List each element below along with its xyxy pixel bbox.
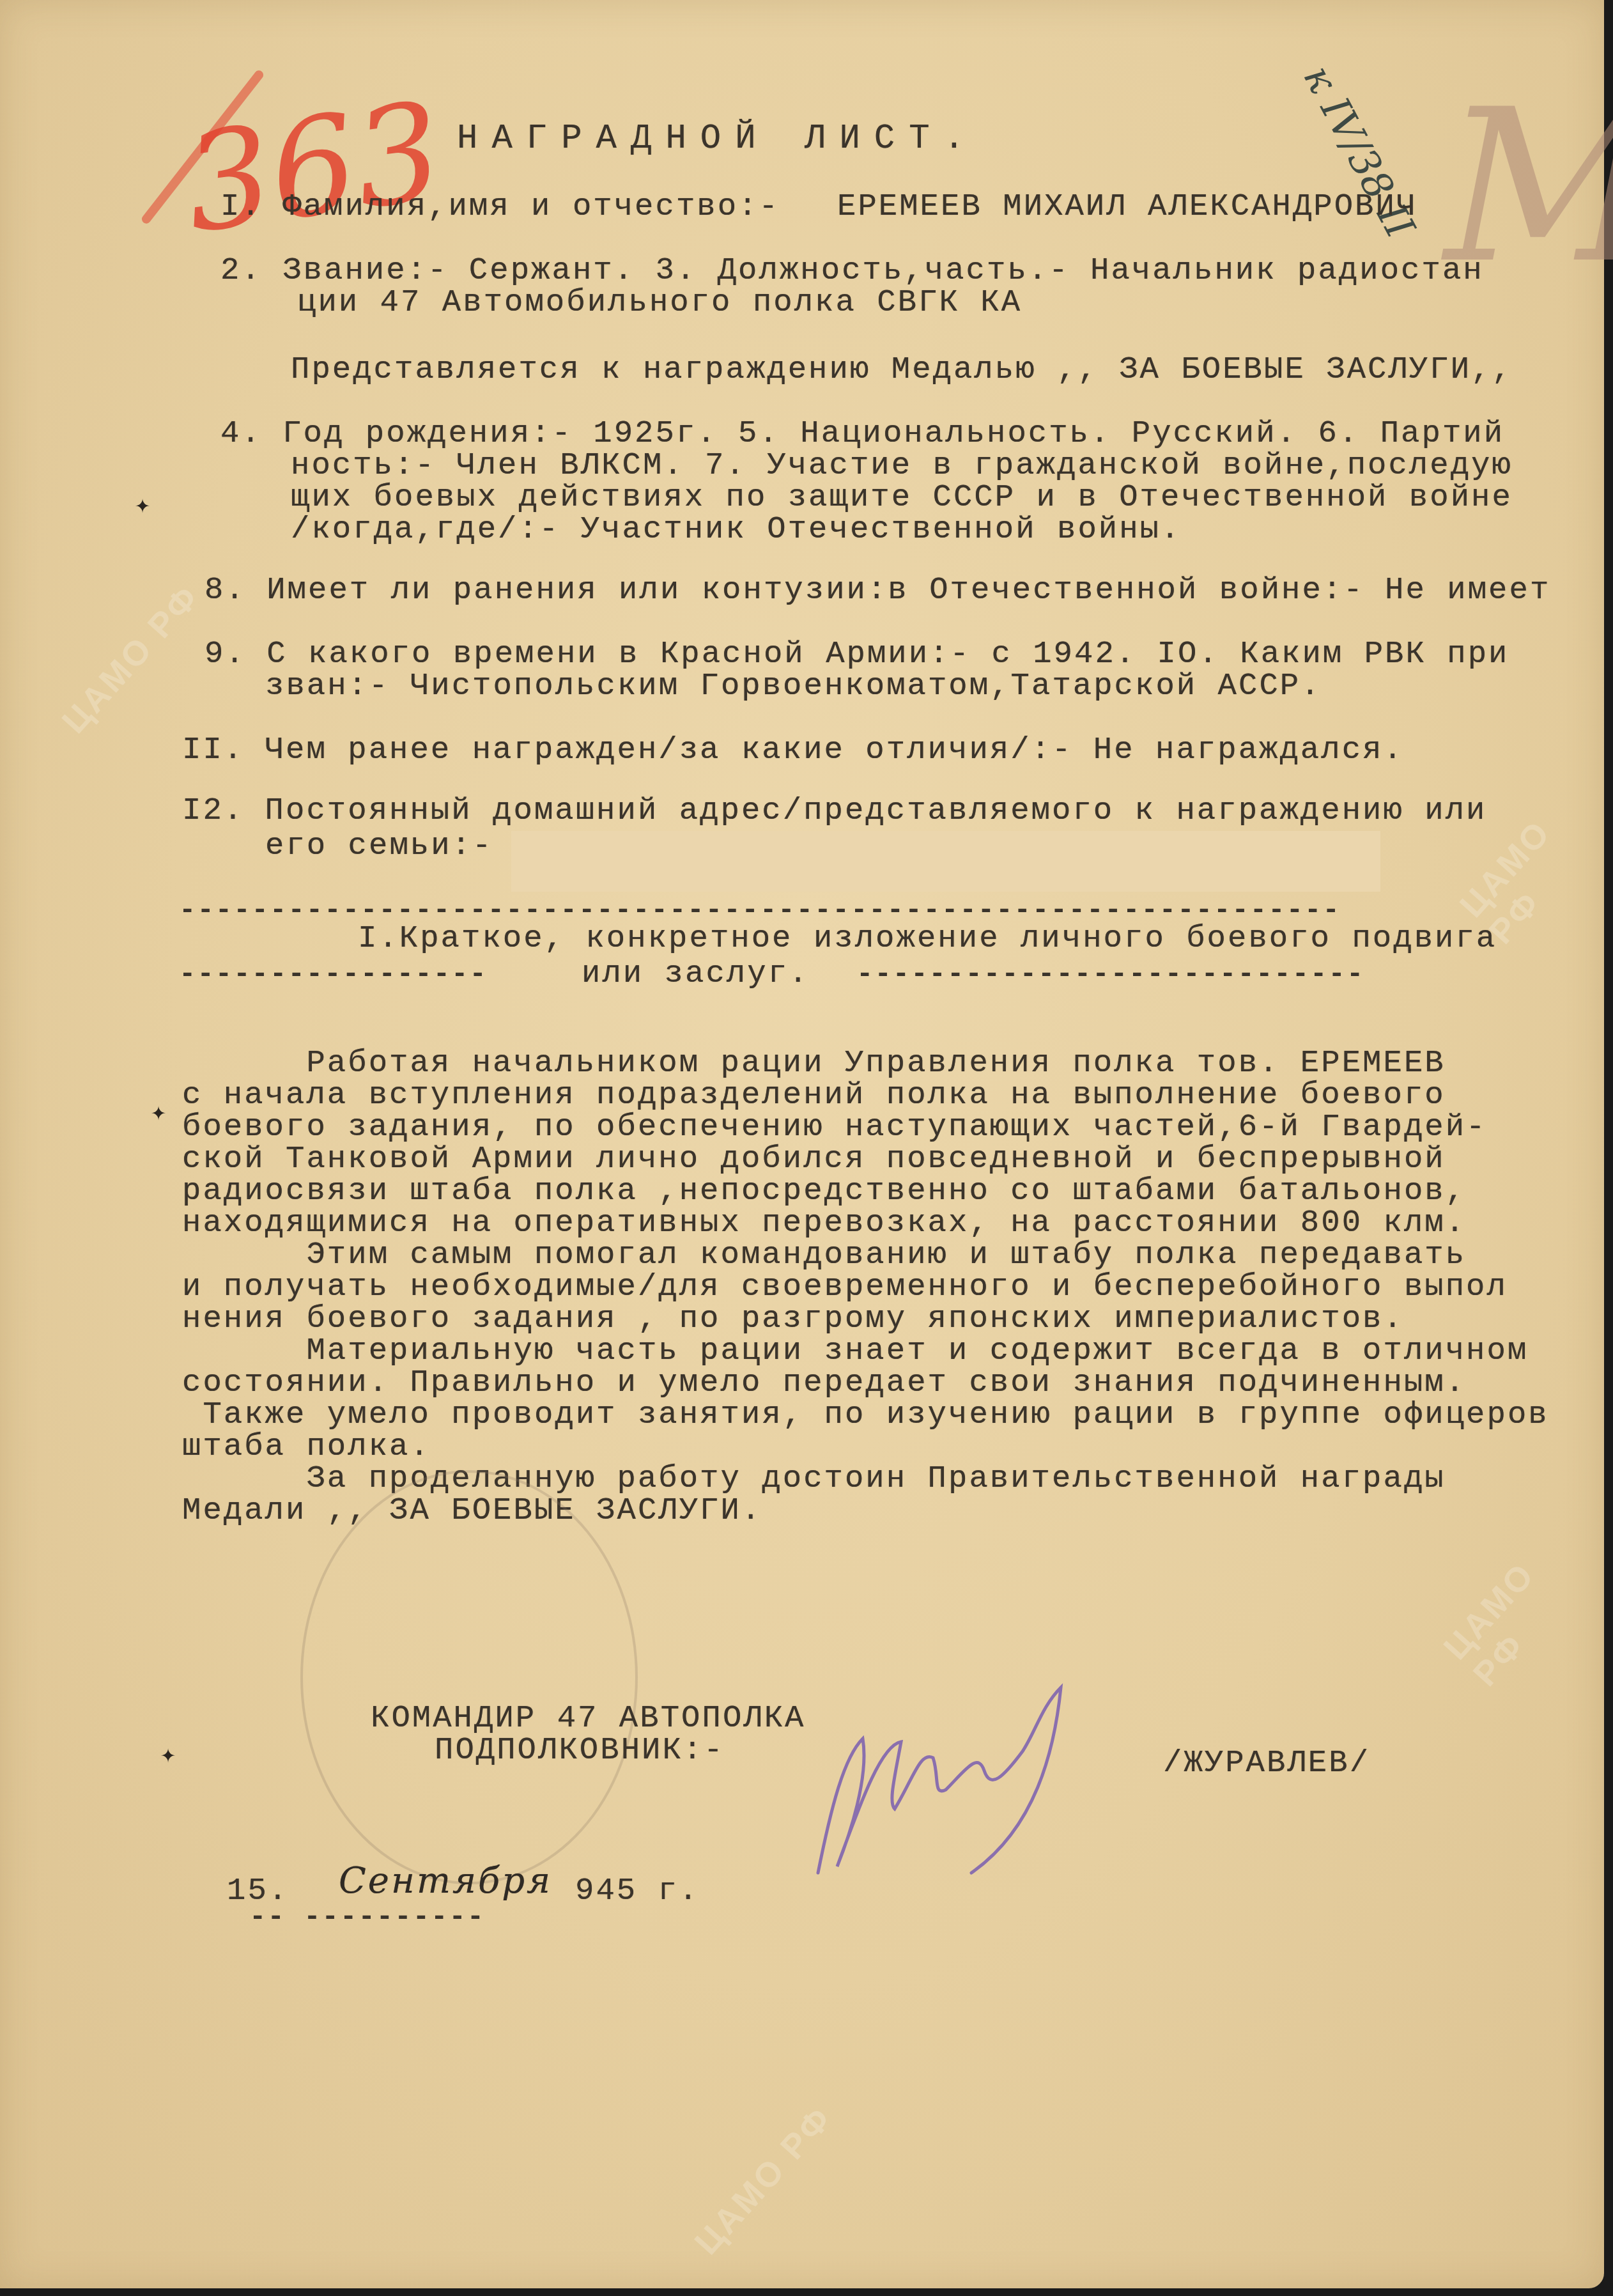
signer-position: КОМАНДИР 47 АВТОПОЛКА: [371, 1703, 806, 1733]
award-sheet: ЦАМО РФ ЦАМО РФ ЦАМО РФ ЦАМО РФ 363 к IV…: [0, 0, 1604, 2288]
section-header-cont: или заслуг.: [582, 959, 809, 988]
field-2-rank-position: 2. Звание:- Сержант. 3. Должность,часть.…: [220, 256, 1484, 285]
narrative-line: состоянии. Правильно и умело передает св…: [182, 1368, 1466, 1397]
narrative-line: боевого задания, по обеспечению наступаю…: [182, 1112, 1487, 1142]
narrative-line: и получать необходимые/для своевременног…: [182, 1272, 1508, 1301]
watermark: ЦАМО РФ: [1436, 1517, 1606, 1694]
signature: [792, 1681, 1176, 1886]
field-4-birth-year: 4. Год рождения:- 1925г. 5. Национальнос…: [220, 419, 1504, 448]
narrative-line: штаба полка.: [182, 1432, 431, 1461]
field-11-previous-awards: II. Чем ранее награжден/за какие отличия…: [182, 735, 1404, 764]
archive-number: 363: [176, 72, 451, 263]
narrative-line: Этим самым помогал командованию и штабу …: [182, 1240, 1466, 1269]
narrative-line: Материальную часть рации знает и содержи…: [182, 1336, 1528, 1365]
field-9-cont: зван:- Чистопольским Горвоенкоматом,Тата…: [265, 671, 1322, 701]
narrative-line: находящимися на оперативных перевозках, …: [182, 1208, 1466, 1237]
narrative-line: радиосвязи штаба полка ,непосредственно …: [182, 1176, 1466, 1206]
watermark: ЦАМО РФ: [54, 577, 208, 741]
presented-for-award: Представляется к награждению Медалью ,, …: [291, 355, 1513, 384]
date-month: Сентября: [339, 1866, 552, 1896]
date-year: 945 г.: [575, 1876, 699, 1905]
field-4-cont: /когда,где/:- Участник Отечественной вой…: [291, 515, 1181, 544]
section-header: I.Краткое, конкретное изложение личного …: [358, 924, 1497, 953]
faded-stamp: [300, 1470, 638, 1884]
narrative-line: За проделанную работу достоин Правительс…: [182, 1464, 1446, 1493]
binder-hole-icon: ✦: [131, 495, 154, 518]
document-title: НАГРАДНОЙ ЛИСТ.: [457, 125, 978, 154]
field-9-service-since: 9. С какого времени в Красной Армии:- с …: [205, 639, 1509, 669]
narrative-line: Также умело проводит занятия, по изучени…: [182, 1400, 1549, 1429]
date-underline: -- ----------: [249, 1902, 485, 1934]
redacted-address: [511, 831, 1380, 892]
field-12-cont: его семьи:-: [265, 831, 493, 860]
binder-hole-icon: ✦: [147, 1103, 170, 1126]
narrative-line: ской Танковой Армии лично добился повсед…: [182, 1144, 1446, 1174]
field-8-wounds: 8. Имеет ли ранения или контузии:в Отече…: [205, 575, 1550, 605]
field-1-full-name: ЕРЕМЕЕВ МИХАИЛ АЛЕКСАНДРОВИЧ: [837, 192, 1417, 221]
signer-name: /ЖУРАВЛЕВ/: [1163, 1748, 1370, 1778]
watermark: ЦАМО РФ: [687, 2098, 840, 2263]
signer-rank: ПОДПОЛКОВНИК:-: [435, 1735, 725, 1765]
binder-hole-icon: ✦: [157, 1745, 180, 1768]
narrative-line: нения боевого задания , по разгрому япон…: [182, 1304, 1404, 1333]
field-12-home-address: I2. Постоянный домашний адрес/представля…: [182, 796, 1487, 825]
field-4-cont: щих боевых действиях по защите СССР и в …: [291, 483, 1513, 512]
divider-dashes: ----------------------------: [856, 959, 1364, 991]
field-4-cont: ность:- Член ВЛКСМ. 7. Участие в граждан…: [291, 451, 1513, 480]
field-2-rank-position-cont: ции 47 Автомобильного полка СВГК КА: [297, 288, 1022, 317]
narrative-line: с начала вступления подразделений полка …: [182, 1080, 1446, 1110]
field-1-label: I. Фамилия,имя и отчество:-: [220, 192, 780, 221]
divider-dashes: -----------------: [179, 959, 488, 991]
narrative-line: Работая начальником рации Управления пол…: [182, 1048, 1446, 1078]
